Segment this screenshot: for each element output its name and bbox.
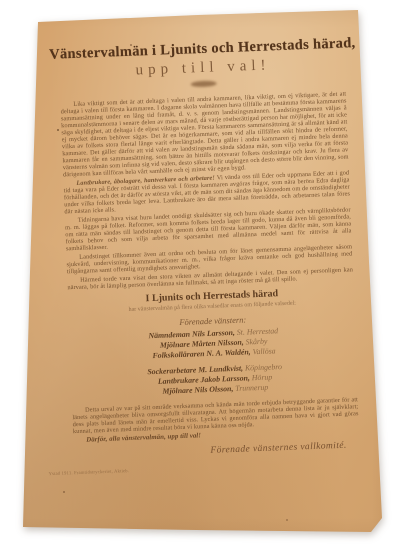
candidate-place: Trunnerup (235, 383, 268, 393)
scanned-broadside: Vänstervalmän i Ljunits och Herrestads h… (0, 0, 400, 551)
candidate-place: St. Herrestad (237, 327, 279, 338)
candidate-place: Skårby (246, 337, 268, 347)
paper-speck (57, 129, 59, 131)
candidate-list: Nämndeman Nils Larsson, St. Herrestad Mj… (42, 323, 386, 402)
closing-section: Detta urval av var på sitt område verksa… (45, 396, 388, 446)
paper-speck (130, 44, 132, 46)
paper-sheet: Vänstervalmän i Ljunits och Herrestads h… (0, 0, 400, 551)
paragraph-1: Lika viktigt som det är att deltaga i va… (60, 91, 349, 179)
printer-imprint: Ystad 1911. Framtidstryckeriet, Aktieb. (47, 458, 389, 476)
ink-ornament (191, 81, 217, 88)
body-text: Lika viktigt som det är att deltaga i va… (33, 90, 382, 293)
candidate-name: Mjölnare Nils Olsson, (162, 384, 233, 396)
candidate-place: Hörup (252, 373, 273, 383)
printed-content: Vänstervalmän i Ljunits och Herrestads h… (30, 7, 392, 542)
paper-speck (286, 519, 288, 521)
ballot-section: I Ljunits och Herrestads härad har vänst… (41, 285, 387, 402)
paper-speck (63, 491, 65, 493)
candidate-place: Köpingebro (245, 363, 282, 373)
candidate-place: Vallösa (252, 347, 275, 357)
